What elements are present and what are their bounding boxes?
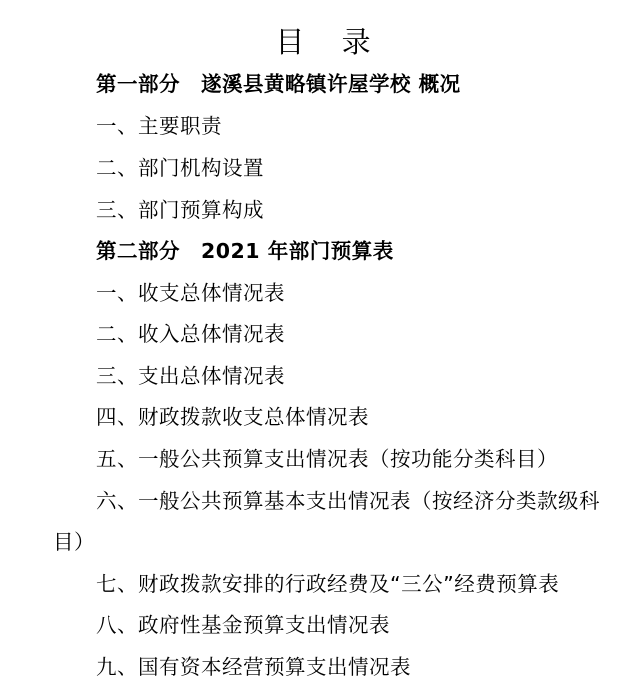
toc-item-continuation: 目） [53, 528, 95, 556]
toc-item: 二、部门机构设置 [96, 154, 264, 182]
toc-item: 八、政府性基金预算支出情况表 [96, 611, 390, 639]
part2-heading: 第二部分 2021 年部门预算表 [96, 237, 394, 265]
part1-heading: 第一部分 遂溪县黄略镇许屋学校 概况 [96, 70, 461, 98]
toc-item: 二、收入总体情况表 [96, 320, 285, 348]
toc-item: 三、部门预算构成 [96, 196, 264, 224]
toc-item: 九、国有资本经营预算支出情况表 [96, 653, 411, 677]
toc-item: 一、收支总体情况表 [96, 279, 285, 307]
toc-item: 五、一般公共预算支出情况表（按功能分类科目） [96, 445, 558, 473]
toc-item: 一、主要职责 [96, 112, 222, 140]
toc-item: 四、财政拨款收支总体情况表 [96, 403, 369, 431]
toc-item: 六、一般公共预算基本支出情况表（按经济分类款级科 [96, 487, 600, 515]
toc-item: 三、支出总体情况表 [96, 362, 285, 390]
page-title: 目 录 [0, 22, 639, 62]
toc-item: 七、财政拨款安排的行政经费及“三公”经费预算表 [96, 570, 559, 598]
